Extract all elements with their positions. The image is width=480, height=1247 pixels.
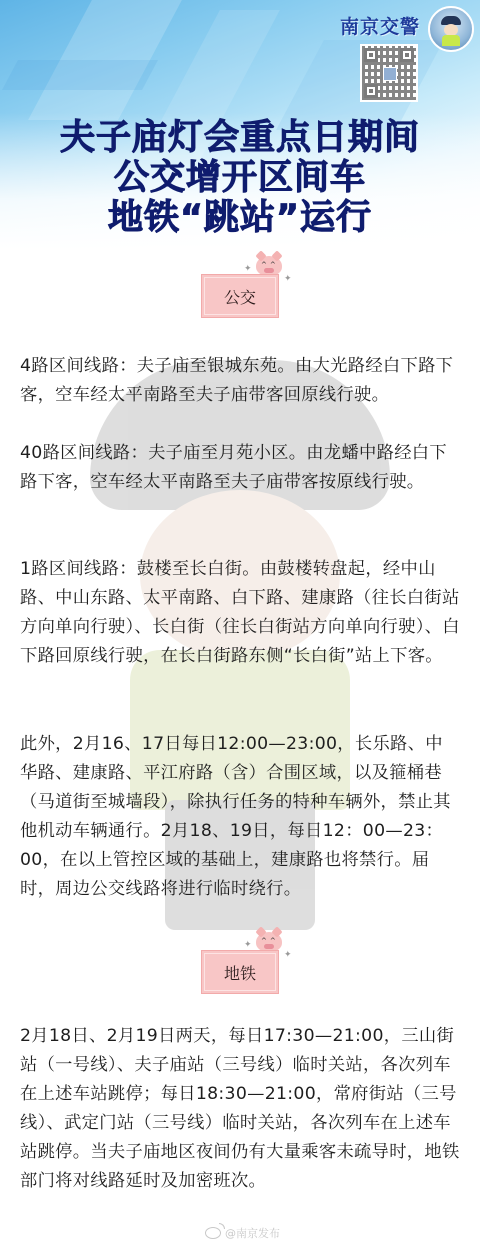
paragraph-bus-route-4: 4路区间线路：夫子庙至银城东苑。由大光路经白下路下客，空车经太平南路至夫子庙带客… <box>20 352 460 410</box>
section-tag-bus: ✦ ^^ ✦ 公交 <box>0 250 480 320</box>
pig-icon: ^^ <box>256 256 282 276</box>
background-shard <box>2 60 158 90</box>
paragraph-traffic-control: 此外，2月16、17日每日12:00—23:00，长乐路、中华路、建康路、平江府… <box>20 730 460 904</box>
infographic-page: 南京交警 夫子庙灯会重点日期间 公交增开区间车 地铁“跳站”运行 ✦ ^^ ✦ … <box>0 0 480 1247</box>
paragraph-metro-skip-stops: 2月18日、2月19日两天，每日17:30—21:00，三山街站（一号线）、夫子… <box>20 1022 460 1196</box>
section-tag-metro: ✦ ^^ ✦ 地铁 <box>0 926 480 996</box>
header-banner: 南京交警 夫子庙灯会重点日期间 公交增开区间车 地铁“跳站”运行 <box>0 0 480 250</box>
section-label-bus: 公交 <box>201 274 279 318</box>
paragraph-bus-route-1: 1路区间线路：鼓楼至长白街。由鼓楼转盘起，经中山路、中山东路、太平南路、白下路、… <box>20 555 460 671</box>
section-label-metro: 地铁 <box>201 950 279 994</box>
watermark-text: @南京发布 <box>225 1225 280 1241</box>
pig-icon: ^^ <box>256 932 282 952</box>
title-line-1: 夫子庙灯会重点日期间 <box>0 118 480 158</box>
brand-logo-text: 南京交警 <box>340 12 420 39</box>
qr-code-icon[interactable] <box>360 44 418 102</box>
police-mascot-avatar-icon <box>428 6 474 52</box>
weibo-watermark: @南京发布 <box>205 1225 280 1241</box>
weibo-icon <box>205 1227 221 1239</box>
title-line-3: 地铁“跳站”运行 <box>0 198 480 238</box>
paragraph-bus-route-40: 40路区间线路：夫子庙至月苑小区。由龙蟠中路经白下路下客，空车经太平南路至夫子庙… <box>20 439 460 497</box>
title-line-2: 公交增开区间车 <box>0 158 480 198</box>
page-title: 夫子庙灯会重点日期间 公交增开区间车 地铁“跳站”运行 <box>0 118 480 238</box>
